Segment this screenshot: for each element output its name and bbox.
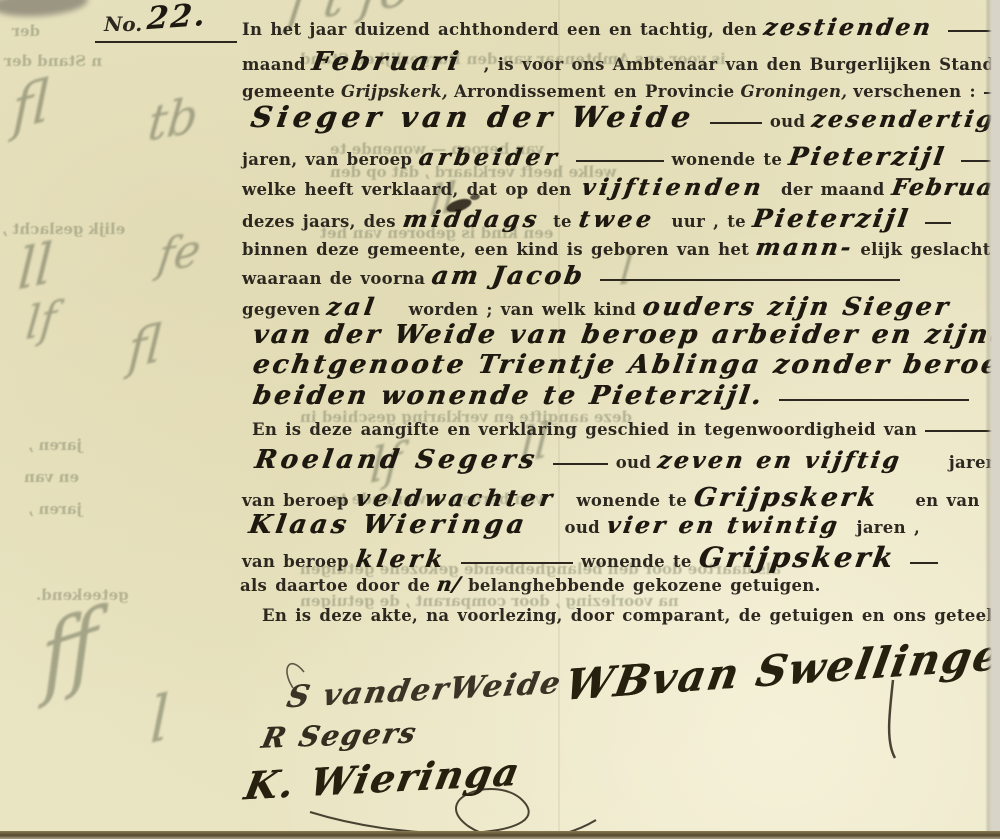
printed-text: als daartoe door de <box>240 576 430 595</box>
printed-text: van beroep <box>242 491 349 510</box>
birth-day: vijftienden <box>580 176 766 199</box>
parents-intro: ouders zijn Sieger <box>641 294 953 319</box>
birth-hour: twee <box>577 208 656 231</box>
printed-text: worden ; van welk kind <box>409 300 637 319</box>
act-line-17: Klaas Wieringaoudvier en twintigjaren , <box>242 512 920 539</box>
blank-rule <box>553 463 608 465</box>
printed-text: verschenen : <box>853 82 976 101</box>
handwritten-text: zal <box>325 295 379 319</box>
day-of-act: zestienden <box>762 16 934 39</box>
printed-text: jaren , <box>857 518 920 537</box>
handwritten-text: n/ <box>436 574 463 594</box>
printed-text: , is voor ons Ambtenaar van den Burgerli… <box>484 55 1000 74</box>
act-line-8: binnen deze gemeente, een kind is gebore… <box>242 236 1000 261</box>
printed-text: gegeven <box>242 300 320 319</box>
act-line-2: maandFebruari, is voor ons Ambtenaar van… <box>242 49 1000 76</box>
act-number-underline <box>95 41 237 43</box>
declarant-occupation: arbeider <box>417 146 562 169</box>
blank-rule <box>779 399 969 401</box>
act-line-6: welke heeft verklaard, dat op denvijftie… <box>242 176 1000 201</box>
act-line-14: En is deze aangifte en verklaring geschi… <box>252 420 1000 441</box>
signature-registrar: WBvan Swellinge – <box>562 631 1000 707</box>
printed-text: dezes jaars, des <box>242 212 396 231</box>
declarant-age: zesendertig <box>810 108 997 131</box>
witness2-age: vier en twintig <box>605 514 841 537</box>
witness2-name: Klaas Wieringa <box>247 512 530 538</box>
bleedthrough-text: elijk geslacht , <box>2 220 125 238</box>
ghost-stroke: fl <box>12 72 50 139</box>
bleedthrough-text: n Stand der <box>4 52 102 70</box>
printed-text: jaren, van beroep <box>242 150 412 169</box>
blank-rule <box>461 562 573 564</box>
bleedthrough-text: jaren , <box>28 500 82 518</box>
ink-smudge <box>0 0 89 19</box>
act-line-18: van beroepklerkwonende teGrijpskerk <box>242 544 946 573</box>
birth-month: Februari <box>890 176 1000 199</box>
witness1-residence: Grijpskerk <box>692 485 880 511</box>
printed-text: oud <box>565 518 600 537</box>
witness2-residence: Grijpskerk <box>696 544 897 572</box>
birth-daypart: middags <box>401 208 542 231</box>
ghost-stroke: fe <box>155 228 203 279</box>
act-line-11: van der Weide van beroep arbeider en zij… <box>246 322 1000 348</box>
act-line-16: van beroepveldwachterwonende teGrijpsker… <box>242 485 980 512</box>
signature-witness1: R Segers <box>259 719 420 753</box>
blank-rule <box>910 562 938 564</box>
act-line-19: als daartoe door den/belanghebbende geko… <box>240 574 821 597</box>
ghost-stroke: fl <box>127 318 163 377</box>
ghost-stroke: tb <box>146 91 200 149</box>
printed-text: oud <box>616 453 651 472</box>
printed-text: Arrondissement en Provincie <box>454 82 735 101</box>
act-line-7: dezes jaars, desmiddagstetweeuur , tePie… <box>242 206 959 233</box>
act-line-20: En is deze akte, na voorlezing, door com… <box>262 606 1000 627</box>
blank-rule <box>710 122 762 124</box>
printed-text: maand <box>242 55 306 74</box>
bleedthrough-text: jaren , <box>28 436 82 454</box>
ghost-stroke: l <box>149 686 170 753</box>
ghost-stroke: ff <box>40 597 100 703</box>
act-number-value: 22. <box>146 0 208 37</box>
page-right-edge <box>985 0 1000 839</box>
registrar-tail-stroke <box>889 680 895 758</box>
printed-text: van beroep <box>242 552 349 571</box>
printed-text: welke heeft verklaard, dat op den <box>242 180 572 199</box>
printed-text: En is deze akte, na voorlezing, door com… <box>262 606 1000 625</box>
printed-text: En is deze aangifte en verklaring geschi… <box>252 420 917 439</box>
birth-certificate-page: dern Stand derelijk geslacht ,jaren ,en … <box>0 0 1000 839</box>
declarant-residence: Pieterzijl <box>787 144 948 169</box>
act-line-13: beiden wonende te Pieterzijl. <box>246 383 977 409</box>
printed-text: oud <box>770 112 805 131</box>
act-line-10: gegevenzalworden ; van welk kindouders z… <box>242 294 958 321</box>
act-line-15: Roeland Segersoudzeven en vijftigjaren , <box>248 447 1000 474</box>
month-of-act: Februari <box>310 49 463 75</box>
printed-text: wonende te <box>576 491 687 510</box>
printed-text: der maand <box>781 180 885 199</box>
witness2-occupation: klerk <box>354 547 448 571</box>
witness1-age: zeven en vijftig <box>656 449 903 472</box>
blank-rule <box>600 279 900 281</box>
act-line-9: waaraan de voornaam Jacob <box>242 263 908 290</box>
act-line-12: echtgenoote Trientje Ablinga zonder bero… <box>246 352 1000 378</box>
child-name: am Jacob <box>430 263 587 288</box>
province: Groningen, <box>740 82 847 101</box>
witness1-occupation: veldwachter <box>354 487 557 510</box>
parents-residence: beiden wonende te Pieterzijl. <box>251 383 766 409</box>
signature-declarant: S vanderWeide <box>284 669 564 714</box>
bleedthrough-text: en van <box>24 468 79 486</box>
mother-details: echtgenoote Trientje Ablinga zonder bero… <box>251 352 1000 378</box>
printed-text: te <box>553 212 572 231</box>
printed-text: waaraan de voorna <box>242 269 425 288</box>
printed-text: wonende te <box>672 150 783 169</box>
page-bottom-edge <box>0 831 1000 839</box>
printed-text: elijk geslacht , <box>860 240 1000 259</box>
act-number-label: No. <box>104 12 142 36</box>
blank-rule <box>925 222 951 224</box>
printed-text: gemeente <box>242 82 335 101</box>
witness1-name: Roeland Segers <box>253 447 540 473</box>
declarant-name: Sieger van der Weide <box>249 103 697 132</box>
child-gender: mann- <box>754 236 855 259</box>
birth-place: Pieterzijl <box>751 206 912 231</box>
act-line-4: Sieger van der Weideoudzesendertig <box>244 103 1000 133</box>
municipality: Grijpskerk, <box>341 82 448 101</box>
act-line-5: jaren, van beroeparbeiderwonende tePiete… <box>242 144 999 171</box>
bleedthrough-text: der <box>12 22 40 40</box>
ghost-stroke: ll <box>16 235 54 298</box>
ghost-stroke: lf <box>24 297 59 348</box>
printed-text: en van <box>915 491 979 510</box>
father-details: van der Weide van beroep arbeider en zij… <box>251 322 1000 348</box>
printed-text: belanghebbende gekozene getuigen. <box>468 576 821 595</box>
printed-text: wonende te <box>581 552 692 571</box>
signature-witness2: K. Wieringa <box>241 753 523 806</box>
blank-rule <box>576 160 664 162</box>
printed-text: binnen deze gemeente, een kind is gebore… <box>242 240 749 259</box>
printed-text: uur , te <box>672 212 746 231</box>
act-line-1: In het jaar duizend achthonderd een en t… <box>242 16 1000 41</box>
printed-text: In het jaar duizend achthonderd een en t… <box>242 20 757 39</box>
